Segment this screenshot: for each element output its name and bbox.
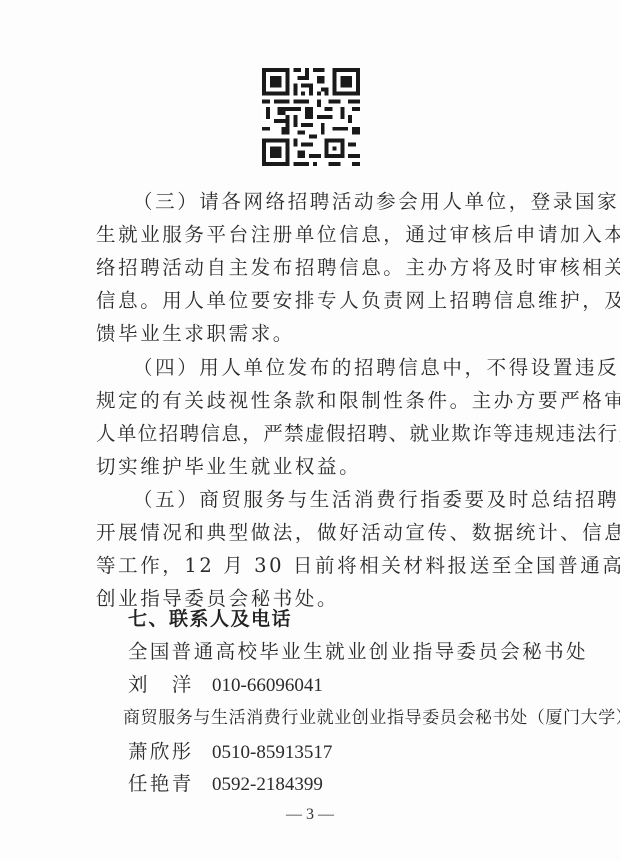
contact-row: 刘 洋010-66096041 — [128, 670, 568, 700]
contacts-heading: 七、联系人及电话 — [128, 604, 568, 634]
contact-name: 任艳青 — [128, 769, 212, 799]
paragraph-3-line-2: 生就业服务平台注册单位信息，通过审核后申请加入本场网 — [96, 220, 536, 250]
paragraph-4-line-1: （四）用人单位发布的招聘信息中，不得设置违反国家 — [133, 353, 537, 383]
paragraph-5-line-1: （五）商贸服务与生活消费行指委要及时总结招聘活动 — [133, 485, 537, 515]
contact-row: 任艳青0592-2184399 — [128, 769, 568, 799]
contact-row: 萧欣彤0510-85913517 — [128, 737, 568, 767]
contact-phone: 010-66096041 — [212, 675, 323, 696]
page-number: — 3 — — [0, 806, 620, 824]
paragraph-4-line-3: 人单位招聘信息，严禁虚假招聘、就业欺诈等违规违法行为， — [96, 419, 536, 449]
paragraph-3-line-4: 信息。用人单位要安排专人负责网上招聘信息维护，及时反 — [96, 286, 536, 316]
paragraph-5-line-2: 开展情况和典型做法，做好活动宣传、数据统计、信息报送 — [96, 518, 536, 548]
contact-phone: 0510-85913517 — [212, 742, 332, 763]
paragraph-3-line-3: 络招聘活动自主发布招聘信息。主办方将及时审核相关招聘 — [96, 253, 536, 283]
paragraph-3-line-5: 馈毕业生求职需求。 — [96, 319, 536, 349]
paragraph-5-line-3: 等工作，12 月 30 日前将相关材料报送至全国普通高校就业 — [96, 551, 536, 581]
paragraph-4-line-4: 切实维护毕业生就业权益。 — [96, 452, 536, 482]
contact-name: 刘 洋 — [128, 670, 212, 700]
contact-org-2: 商贸服务与生活消费行业就业创业指导委员会秘书处（厦门大学） — [123, 703, 563, 733]
paragraph-3-line-1: （三）请各网络招聘活动参会用人单位，登录国家大学 — [133, 187, 537, 217]
qr-code-icon — [262, 68, 360, 166]
document-page: （三）请各网络招聘活动参会用人单位，登录国家大学 生就业服务平台注册单位信息，通… — [0, 0, 620, 861]
contact-org-1: 全国普通高校毕业生就业创业指导委员会秘书处 — [128, 637, 568, 667]
contact-name: 萧欣彤 — [128, 737, 212, 767]
contact-phone: 0592-2184399 — [212, 774, 323, 795]
paragraph-4-line-2: 规定的有关歧视性条款和限制性条件。主办方要严格审核用 — [96, 386, 536, 416]
